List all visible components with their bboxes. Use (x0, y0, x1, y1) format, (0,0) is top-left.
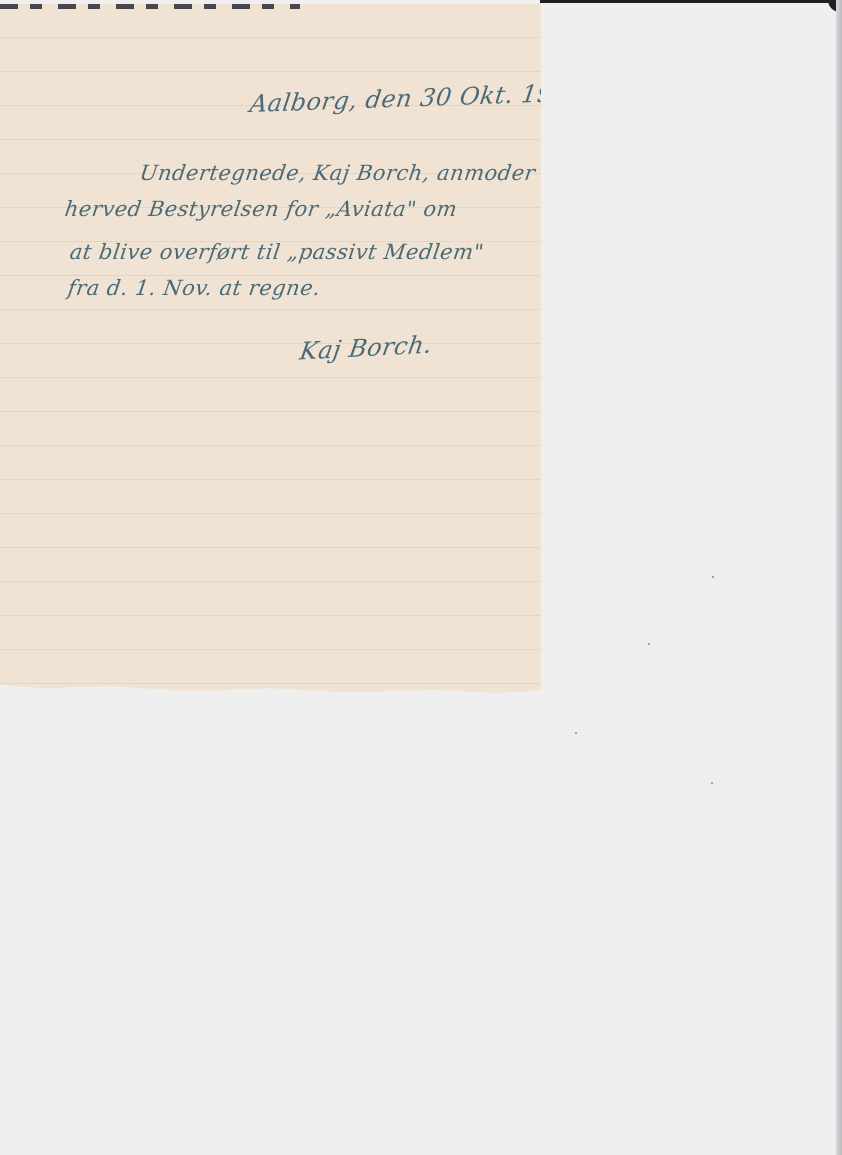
scan-dust-speck (711, 782, 713, 784)
letter-body-line-3: at blive overført til „passivt Medlem" (68, 240, 485, 264)
scanner-top-edge (540, 0, 842, 3)
scan-dust-speck (575, 732, 577, 734)
scan-dust-speck (712, 576, 714, 578)
scan-dust-speck (648, 643, 650, 645)
letter-body-line-2: herved Bestyrelsen for „Aviata" om (63, 197, 459, 221)
letter-body-line-4: fra d. 1. Nov. at regne. (66, 276, 322, 300)
scanner-right-edge (836, 0, 842, 1155)
torn-perforation-edge (0, 4, 300, 9)
letter-signature: Kaj Borch. (298, 330, 435, 365)
letter-body-line-1: Undertegnede, Kaj Borch, anmoder (138, 161, 537, 185)
letter-paper: Aalborg, den 30 Okt. 1935. Undertegnede,… (0, 4, 541, 696)
